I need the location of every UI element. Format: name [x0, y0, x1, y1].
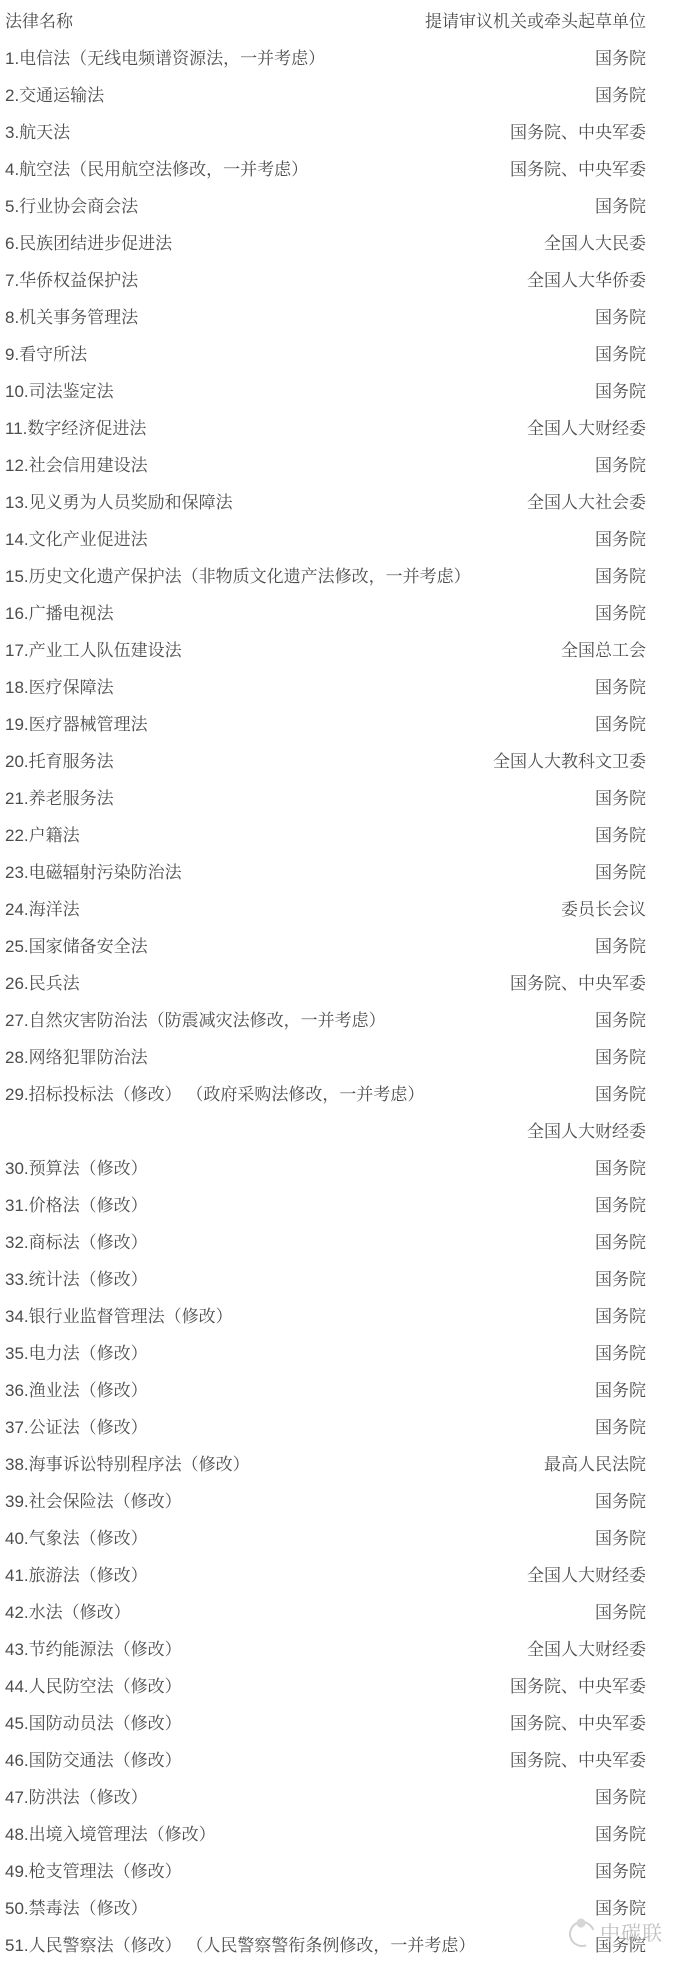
law-name: 38.海事诉讼特别程序法（修改）: [5, 1446, 250, 1483]
law-name: 18.医疗保障法: [5, 669, 114, 706]
law-name: 16.广播电视法: [5, 595, 114, 632]
table-row: 7.华侨权益保护法全国人大华侨委: [0, 262, 675, 299]
column-header-law-name: 法律名称: [5, 3, 73, 40]
law-name: 30.预算法（修改）: [5, 1150, 148, 1187]
table-row: 35.电力法（修改）国务院: [0, 1335, 675, 1372]
law-name: 28.网络犯罪防治法: [5, 1039, 148, 1076]
law-name: 36.渔业法（修改）: [5, 1372, 148, 1409]
agency-name: 国务院: [595, 1779, 646, 1816]
agency-name: 全国人大财经委: [527, 1113, 646, 1150]
agency-name: 国务院: [595, 1335, 646, 1372]
agency-name: 全国人大财经委: [527, 410, 646, 447]
legislation-plan-table: 法律名称 提请审议机关或牵头起草单位 1.电信法（无线电频谱资源法，一并考虑）国…: [0, 0, 675, 1964]
table-row: 2.交通运输法国务院: [0, 77, 675, 114]
agency-name: 国务院: [595, 1187, 646, 1224]
table-row: 1.电信法（无线电频谱资源法，一并考虑）国务院: [0, 40, 675, 77]
law-name: 22.户籍法: [5, 817, 80, 854]
agency-name: 国务院: [595, 706, 646, 743]
table-row: 44.人民防空法（修改）国务院、中央军委: [0, 1668, 675, 1705]
agency-name: 国务院: [595, 558, 646, 595]
law-name: 19.医疗器械管理法: [5, 706, 148, 743]
law-name: 45.国防动员法（修改）: [5, 1705, 182, 1742]
law-name: 17.产业工人队伍建设法: [5, 632, 182, 669]
law-name: 34.银行业监督管理法（修改）: [5, 1298, 233, 1335]
law-name: 25.国家储备安全法: [5, 928, 148, 965]
law-name: 5.行业协会商会法: [5, 188, 138, 225]
table-row: 39.社会保险法（修改）国务院: [0, 1483, 675, 1520]
table-row: 42.水法（修改）国务院: [0, 1594, 675, 1631]
table-row: 24.海洋法委员长会议: [0, 891, 675, 928]
law-name: 42.水法（修改）: [5, 1594, 131, 1631]
table-row: 22.户籍法国务院: [0, 817, 675, 854]
agency-name: 国务院: [595, 1890, 646, 1927]
law-name: 48.出境入境管理法（修改）: [5, 1816, 216, 1853]
agency-name: 国务院: [595, 1261, 646, 1298]
law-name: 47.防洪法（修改）: [5, 1779, 148, 1816]
law-name: 35.电力法（修改）: [5, 1335, 148, 1372]
agency-name: 国务院: [595, 1409, 646, 1446]
table-row: 6.民族团结进步促进法全国人大民委: [0, 225, 675, 262]
agency-name: 国务院: [595, 77, 646, 114]
law-name: 26.民兵法: [5, 965, 80, 1002]
table-row: 46.国防交通法（修改）国务院、中央军委: [0, 1742, 675, 1779]
agency-name: 国务院、中央军委: [510, 965, 646, 1002]
agency-name: 国务院: [595, 1076, 646, 1113]
law-name: 23.电磁辐射污染防治法: [5, 854, 182, 891]
table-row: 8.机关事务管理法国务院: [0, 299, 675, 336]
law-name: 40.气象法（修改）: [5, 1520, 148, 1557]
law-name: 46.国防交通法（修改）: [5, 1742, 182, 1779]
table-body: 1.电信法（无线电频谱资源法，一并考虑）国务院2.交通运输法国务院3.航天法国务…: [0, 40, 675, 1964]
table-row: 49.枪支管理法（修改）国务院: [0, 1853, 675, 1890]
table-row: 17.产业工人队伍建设法全国总工会: [0, 632, 675, 669]
table-row: 30.预算法（修改）国务院: [0, 1150, 675, 1187]
agency-name: 最高人民法院: [544, 1446, 646, 1483]
agency-name: 国务院: [595, 817, 646, 854]
table-row: 25.国家储备安全法国务院: [0, 928, 675, 965]
table-row: 40.气象法（修改）国务院: [0, 1520, 675, 1557]
table-row: 18.医疗保障法国务院: [0, 669, 675, 706]
table-row: 23.电磁辐射污染防治法国务院: [0, 854, 675, 891]
table-row: 33.统计法（修改）国务院: [0, 1261, 675, 1298]
agency-name: 国务院: [595, 1483, 646, 1520]
agency-name: 国务院: [595, 595, 646, 632]
law-name: 24.海洋法: [5, 891, 80, 928]
law-name: 43.节约能源法（修改）: [5, 1631, 182, 1668]
table-row: 20.托育服务法全国人大教科文卫委: [0, 743, 675, 780]
agency-name: 国务院: [595, 1816, 646, 1853]
table-row: 全国人大财经委: [0, 1113, 675, 1150]
table-row: 26.民兵法国务院、中央军委: [0, 965, 675, 1002]
table-row: 38.海事诉讼特别程序法（修改）最高人民法院: [0, 1446, 675, 1483]
table-row: 27.自然灾害防治法（防震减灾法修改，一并考虑）国务院: [0, 1002, 675, 1039]
law-name: 6.民族团结进步促进法: [5, 225, 172, 262]
table-row: 11.数字经济促进法全国人大财经委: [0, 410, 675, 447]
agency-name: 国务院: [595, 373, 646, 410]
law-name: 4.航空法（民用航空法修改，一并考虑）: [5, 151, 308, 188]
agency-name: 全国人大财经委: [527, 1557, 646, 1594]
table-row: 50.禁毒法（修改）国务院: [0, 1890, 675, 1927]
agency-name: 国务院: [595, 1224, 646, 1261]
table-row: 31.价格法（修改）国务院: [0, 1187, 675, 1224]
agency-name: 国务院: [595, 1002, 646, 1039]
agency-name: 国务院、中央军委: [510, 1742, 646, 1779]
agency-name: 国务院: [595, 188, 646, 225]
agency-name: 国务院: [595, 521, 646, 558]
table-row: 15.历史文化遗产保护法（非物质文化遗产法修改，一并考虑）国务院: [0, 558, 675, 595]
column-header-agency: 提请审议机关或牵头起草单位: [425, 3, 646, 40]
agency-name: 国务院: [595, 669, 646, 706]
law-name: 39.社会保险法（修改）: [5, 1483, 182, 1520]
law-name: 3.航天法: [5, 114, 70, 151]
table-row: 37.公证法（修改）国务院: [0, 1409, 675, 1446]
table-row: 5.行业协会商会法国务院: [0, 188, 675, 225]
law-name: 37.公证法（修改）: [5, 1409, 148, 1446]
agency-name: 国务院: [595, 854, 646, 891]
table-row: 10.司法鉴定法国务院: [0, 373, 675, 410]
agency-name: 全国总工会: [561, 632, 646, 669]
table-row: 32.商标法（修改）国务院: [0, 1224, 675, 1261]
agency-name: 国务院: [595, 1298, 646, 1335]
table-row: 36.渔业法（修改）国务院: [0, 1372, 675, 1409]
law-name: 21.养老服务法: [5, 780, 114, 817]
law-name: 20.托育服务法: [5, 743, 114, 780]
table-row: 29.招标投标法（修改） （政府采购法修改，一并考虑）国务院: [0, 1076, 675, 1113]
agency-name: 国务院: [595, 928, 646, 965]
law-name: 14.文化产业促进法: [5, 521, 148, 558]
table-row: 43.节约能源法（修改）全国人大财经委: [0, 1631, 675, 1668]
agency-name: 国务院: [595, 40, 646, 77]
agency-name: 国务院、中央军委: [510, 114, 646, 151]
table-row: 12.社会信用建设法国务院: [0, 447, 675, 484]
agency-name: 全国人大教科文卫委: [493, 743, 646, 780]
agency-name: 委员长会议: [561, 891, 646, 928]
agency-name: 国务院: [595, 299, 646, 336]
law-name: 9.看守所法: [5, 336, 87, 373]
law-name: 32.商标法（修改）: [5, 1224, 148, 1261]
agency-name: 国务院: [595, 1039, 646, 1076]
law-name: 29.招标投标法（修改） （政府采购法修改，一并考虑）: [5, 1076, 424, 1113]
law-name: 8.机关事务管理法: [5, 299, 138, 336]
law-name: 1.电信法（无线电频谱资源法，一并考虑）: [5, 40, 325, 77]
law-name: 27.自然灾害防治法（防震减灾法修改，一并考虑）: [5, 1002, 386, 1039]
law-name: 15.历史文化遗产保护法（非物质文化遗产法修改，一并考虑）: [5, 558, 471, 595]
law-name: 2.交通运输法: [5, 77, 104, 114]
law-name: 10.司法鉴定法: [5, 373, 114, 410]
agency-name: 国务院: [595, 1594, 646, 1631]
agency-name: 国务院: [595, 1372, 646, 1409]
table-row: 3.航天法国务院、中央军委: [0, 114, 675, 151]
law-name: 7.华侨权益保护法: [5, 262, 138, 299]
agency-name: 国务院: [595, 1520, 646, 1557]
law-name: 11.数字经济促进法: [5, 410, 146, 447]
table-row: 21.养老服务法国务院: [0, 780, 675, 817]
table-row: 51.人民警察法（修改） （人民警察警衔条例修改，一并考虑）国务院: [0, 1927, 675, 1964]
agency-name: 全国人大华侨委: [527, 262, 646, 299]
agency-name: 国务院、中央军委: [510, 151, 646, 188]
agency-name: 国务院: [595, 447, 646, 484]
agency-name: 全国人大社会委: [527, 484, 646, 521]
agency-name: 国务院: [595, 1853, 646, 1890]
table-row: 9.看守所法国务院: [0, 336, 675, 373]
table-row: 28.网络犯罪防治法国务院: [0, 1039, 675, 1076]
agency-name: 国务院: [595, 1150, 646, 1187]
table-row: 47.防洪法（修改）国务院: [0, 1779, 675, 1816]
law-name: 13.见义勇为人员奖励和保障法: [5, 484, 233, 521]
law-name: 31.价格法（修改）: [5, 1187, 148, 1224]
agency-name: 国务院: [595, 1927, 646, 1964]
law-name: 33.统计法（修改）: [5, 1261, 148, 1298]
table-row: 48.出境入境管理法（修改）国务院: [0, 1816, 675, 1853]
agency-name: 国务院、中央军委: [510, 1668, 646, 1705]
table-row: 34.银行业监督管理法（修改）国务院: [0, 1298, 675, 1335]
agency-name: 全国人大民委: [544, 225, 646, 262]
table-row: 41.旅游法（修改）全国人大财经委: [0, 1557, 675, 1594]
table-row: 45.国防动员法（修改）国务院、中央军委: [0, 1705, 675, 1742]
agency-name: 国务院: [595, 780, 646, 817]
table-row: 4.航空法（民用航空法修改，一并考虑）国务院、中央军委: [0, 151, 675, 188]
law-name: 51.人民警察法（修改） （人民警察警衔条例修改，一并考虑）: [5, 1927, 475, 1964]
table-row: 19.医疗器械管理法国务院: [0, 706, 675, 743]
agency-name: 全国人大财经委: [527, 1631, 646, 1668]
table-row: 16.广播电视法国务院: [0, 595, 675, 632]
agency-name: 国务院: [595, 336, 646, 373]
table-row: 14.文化产业促进法国务院: [0, 521, 675, 558]
law-name: 44.人民防空法（修改）: [5, 1668, 182, 1705]
table-row: 13.见义勇为人员奖励和保障法全国人大社会委: [0, 484, 675, 521]
table-header-row: 法律名称 提请审议机关或牵头起草单位: [0, 3, 675, 40]
law-name: 12.社会信用建设法: [5, 447, 148, 484]
law-name: 50.禁毒法（修改）: [5, 1890, 148, 1927]
law-name: 49.枪支管理法（修改）: [5, 1853, 182, 1890]
agency-name: 国务院、中央军委: [510, 1705, 646, 1742]
law-name: 41.旅游法（修改）: [5, 1557, 148, 1594]
